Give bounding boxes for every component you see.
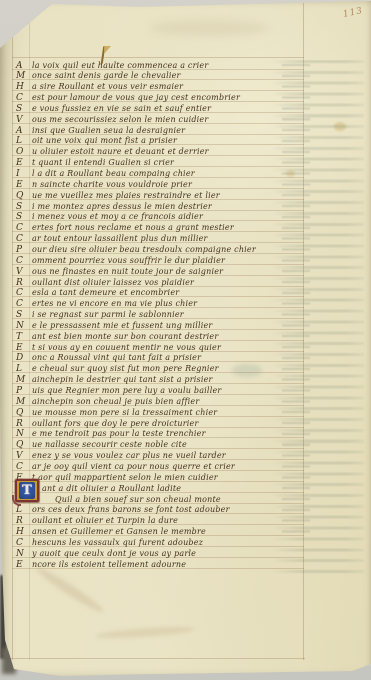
verse-text: ncore ils estoient tellement adourne (32, 560, 186, 570)
illuminated-initial: T (15, 479, 39, 502)
manuscript-scan: 113 Ala voix quil eut haulte commencea a… (0, 0, 371, 680)
ascender-flourish-flag (104, 46, 111, 54)
verse-row: Encore ils estoient tellement adourne (12, 557, 304, 569)
text-block: Ala voix quil eut haulte commencea a cri… (0, 0, 371, 680)
margin-initial: E (16, 560, 23, 570)
parchment-page: 113 Ala voix quil eut haulte commencea a… (0, 0, 371, 680)
